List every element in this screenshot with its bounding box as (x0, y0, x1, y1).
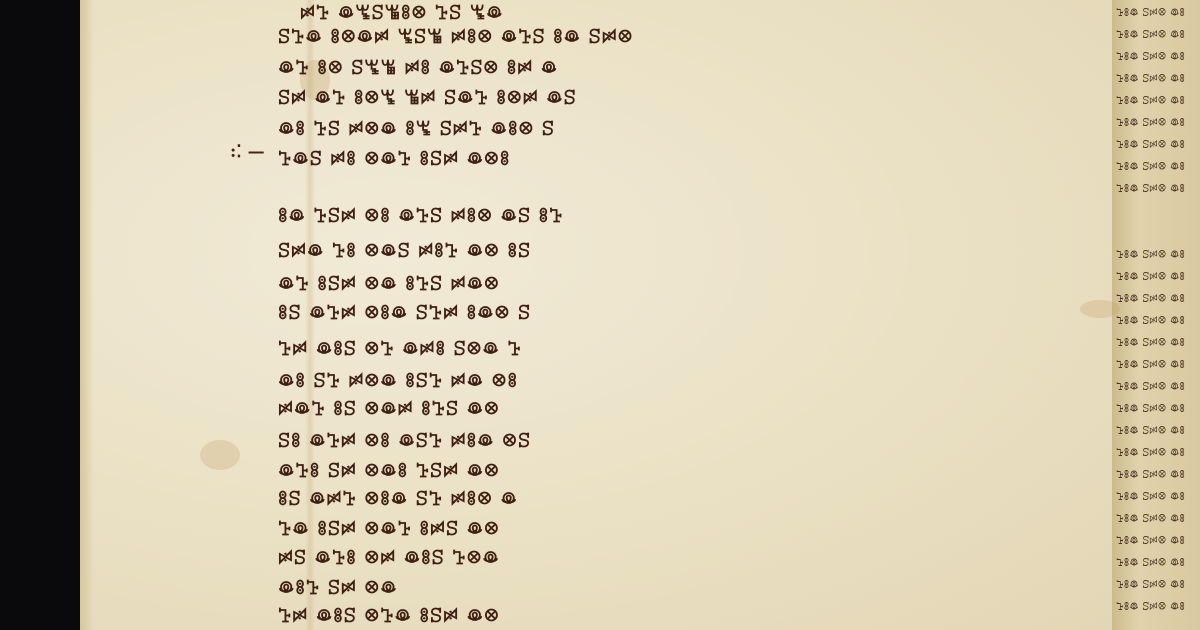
manuscript-line: ꗰꕶ ꖘꕱꗚ ꕕꗰ ꖘꗚꕶ ꕱꕕꖘ (278, 547, 500, 569)
manuscript-line: ꖘꗚ ꕱꕶ ꗰꕕꖘ ꗚꖚ ꕶꗰꕱ ꖘꗚꕕ ꕶ (278, 118, 555, 140)
manuscript-line: ꕶꗰꖘ ꕱꗚ ꕕꖘꕶ ꗰꗚꕱ ꖘꕕ ꗚꕶ (278, 240, 531, 262)
manuscript-line: ꖘꕱ ꗚꕶꗰ ꕕꖘ ꗚꕱꕶ ꗰꖘꕕ (278, 273, 500, 295)
manuscript-line: ꗰꖘꕱ ꗚꕶ ꕕꖘꗰ ꗚꕱꕶ ꖘꕕ (278, 398, 500, 420)
facing-page-line: ꕱꗚꖘ ꕶꗰꕕ ꖘꗚ (1116, 292, 1185, 306)
margin-annotation: :⁚ — (230, 142, 265, 162)
stain (200, 440, 240, 470)
facing-page-line: ꕱꗚꖘ ꕶꗰꕕ ꖘꗚ (1116, 138, 1185, 152)
manuscript-line: ꖘꗚꕱ ꕶꗰ ꕕꖘ (278, 577, 398, 599)
facing-page-line: ꕱꗚꖘ ꕶꗰꕕ ꖘꗚ (1116, 94, 1185, 108)
manuscript-line: ꕶꗰ ꖘꕱ ꗚꕕꖚ ꘊꗰ ꕶꖘꕱ ꗚꕕꗰ ꖘꕶ (278, 87, 577, 109)
manuscript-line: ꖘꗚ ꕶꕱ ꗰꕕꖘ ꗚꕶꕱ ꗰꖘ ꕕꗚ (278, 370, 518, 392)
facing-page-line: ꕱꗚꖘ ꕶꗰꕕ ꖘꗚ (1116, 270, 1185, 284)
facing-page-line: ꕱꗚꖘ ꕶꗰꕕ ꖘꗚ (1116, 556, 1185, 570)
manuscript-line: ꕱꗰ ꖘꗚꕶ ꕕꕱꖘ ꗚꕶꗰ ꖘꕕ (278, 605, 500, 627)
manuscript-line: ꕱꖘꕶ ꗰꗚ ꕕꖘꕱ ꗚꕶꗰ ꖘꕕꗚ (278, 148, 510, 170)
facing-page-line: ꕱꗚꖘ ꕶꗰꕕ ꖘꗚ (1116, 336, 1185, 350)
facing-page-line: ꕱꗚꖘ ꕶꗰꕕ ꖘꗚ (1116, 512, 1185, 526)
facing-page-line: ꕱꗚꖘ ꕶꗰꕕ ꖘꗚ (1116, 534, 1185, 548)
facing-page-line: ꕱꗚꖘ ꕶꗰꕕ ꖘꗚ (1116, 578, 1185, 592)
facing-page-line: ꕱꗚꖘ ꕶꗰꕕ ꖘꗚ (1116, 50, 1185, 64)
manuscript-line: ꕶꗚ ꖘꕱꗰ ꕕꗚ ꖘꕶꕱ ꗰꗚꖘ ꕕꕶ (278, 430, 531, 452)
facing-page-line: ꕱꗚꖘ ꕶꗰꕕ ꖘꗚ (1116, 248, 1185, 262)
manuscript-line: ꕱꖘ ꗚꕶꗰ ꕕꖘꕱ ꗚꗰꕶ ꖘꕕ (278, 518, 500, 540)
facing-page-line: ꕱꗚꖘ ꕶꗰꕕ ꖘꗚ (1116, 490, 1185, 504)
facing-page-line: ꕱꗚꖘ ꕶꗰꕕ ꖘꗚ (1116, 468, 1185, 482)
manuscript-page (80, 0, 1120, 630)
facing-page-line: ꕱꗚꖘ ꕶꗰꕕ ꖘꗚ (1116, 72, 1185, 86)
facing-page-line: ꕱꗚꖘ ꕶꗰꕕ ꖘꗚ (1116, 424, 1185, 438)
facing-page-line: ꕱꗚꖘ ꕶꗰꕕ ꖘꗚ (1116, 446, 1185, 460)
facing-page-line: ꕱꗚꖘ ꕶꗰꕕ ꖘꗚ (1116, 402, 1185, 416)
facing-page-line: ꕱꗚꖘ ꕶꗰꕕ ꖘꗚ (1116, 182, 1185, 196)
facing-page-line: ꕱꗚꖘ ꕶꗰꕕ ꖘꗚ (1116, 28, 1185, 42)
facing-page-line: ꕱꗚꖘ ꕶꗰꕕ ꖘꗚ (1116, 380, 1185, 394)
manuscript-line: ꗚꕶ ꖘꕱꗰ ꕕꗚꖘ ꕶꕱꗰ ꗚꖘꕕ ꕶ (278, 302, 531, 324)
manuscript-line: ꕱꗰ ꖘꗚꕶ ꕕꕱ ꖘꗰꗚ ꕶꕕꖘ ꕱ (278, 338, 522, 360)
facing-page-line: ꕱꗚꖘ ꕶꗰꕕ ꖘꗚ (1116, 116, 1185, 130)
facing-page-line: ꕱꗚꖘ ꕶꗰꕕ ꖘꗚ (1116, 600, 1185, 614)
page-edge (80, 0, 94, 630)
manuscript-line: ꖘꕱꗚ ꕶꗰ ꕕꖘꗚ ꕱꕶꗰ ꖘꕕ (278, 460, 500, 482)
facing-page-line: ꕱꗚꖘ ꕶꗰꕕ ꖘꗚ (1116, 6, 1185, 20)
stain (1080, 300, 1120, 318)
manuscript-line: ꗚꕶ ꖘꗰꕱ ꕕꗚꖘ ꕶꕱ ꗰꗚꕕ ꖘ (278, 488, 518, 510)
facing-page-line: ꕱꗚꖘ ꕶꗰꕕ ꖘꗚ (1116, 314, 1185, 328)
manuscript-line: ꕶꕱꖘ ꗚꕕꖘꗰ ꖚꕶꘊ ꗰꗚꕕ ꖘꕱꕶ ꗚꖘ ꕶꗰꕕ (278, 26, 633, 48)
manuscript-line: ꗰꕱ ꖘꖚꕶꘊꗚꕕ ꕱꕶ ꖚꖘ (300, 2, 504, 24)
dark-background (0, 0, 84, 630)
facing-page-line: ꕱꗚꖘ ꕶꗰꕕ ꖘꗚ (1116, 358, 1185, 372)
manuscript-line: ꗚꖘ ꕱꕶꗰ ꕕꗚ ꖘꕱꕶ ꗰꗚꕕ ꖘꕶ ꗚꕱ (278, 205, 563, 227)
facing-page-line: ꕱꗚꖘ ꕶꗰꕕ ꖘꗚ (1116, 160, 1185, 174)
manuscript-line: ꖘꕱ ꗚꕕ ꕶꖚꘊ ꗰꗚ ꖘꕱꕶꕕ ꗚꗰ ꖘ (278, 57, 558, 79)
